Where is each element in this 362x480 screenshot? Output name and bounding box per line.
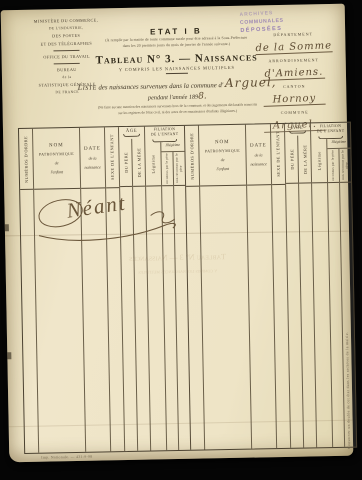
brace bbox=[123, 134, 140, 137]
col-header-age-pere: DU PÈRE bbox=[123, 152, 128, 173]
col-header-order: NUMÉROS D'ORDRE bbox=[189, 132, 195, 179]
column-cells bbox=[247, 185, 276, 448]
table-half-left: NUMÉROS D'ORDRE NOM PATRONYMIQUE de l'en… bbox=[19, 126, 191, 453]
liste-note-line: sur les registres de l'état civil, ni de… bbox=[118, 109, 237, 115]
scanned-document: MINISTÈRE DU COMMERCE, DE L'INDUSTRIE, D… bbox=[0, 0, 362, 480]
year-printed: pendant l'année 189 bbox=[148, 94, 198, 102]
column-subgroup-illegitime: Illégitime reconnus par le père non reco… bbox=[327, 139, 356, 447]
column-group-filiation: FILIATION DE L'ENFANT Légitime Illégitim… bbox=[144, 126, 190, 451]
col-header-non-reconnus: non reconnus par le père bbox=[341, 149, 350, 182]
col-header-filiation: FILIATION bbox=[154, 127, 176, 131]
col-header-date: DATE bbox=[250, 143, 267, 148]
col-header-legitime: Légitime bbox=[150, 154, 155, 173]
col-header-age: ÂGE bbox=[292, 125, 303, 130]
liste-word: Liste bbox=[78, 83, 97, 92]
edge-mark bbox=[7, 352, 11, 359]
col-header-sexe: SEXE DE L'ENFANT bbox=[275, 131, 281, 177]
births-table: NUMÉROS D'ORDRE NOM PATRONYMIQUE de l'en… bbox=[18, 122, 357, 454]
printer-imprint: Imp. Nationale. — 431-9-98 bbox=[41, 455, 92, 460]
col-header-nom: NOM bbox=[215, 139, 230, 144]
col-header-age-pere: DU PÈRE bbox=[289, 149, 294, 170]
edge-mark bbox=[5, 224, 9, 231]
title-block: ETAT I B (À remplir par la mairie de tou… bbox=[59, 25, 295, 118]
brace bbox=[289, 131, 306, 134]
col-header-age-mere: DE LA MÈRE bbox=[136, 147, 142, 177]
column-nom: NOM PATRONYMIQUE de l'enfant bbox=[199, 125, 252, 450]
column-nom: NOM PATRONYMIQUE de l'enfant bbox=[33, 128, 86, 453]
column-cells bbox=[200, 186, 251, 450]
liste-intro: des naissances survenues dans la commune… bbox=[97, 82, 224, 91]
col-header-nom: NOM bbox=[49, 143, 64, 148]
paper-sheet: MINISTÈRE DU COMMERCE, DE L'INDUSTRIE, D… bbox=[1, 4, 354, 463]
col-header-order: NUMÉROS D'ORDRE bbox=[23, 135, 29, 182]
handwritten-commune-name: Arguel, bbox=[225, 75, 277, 90]
col-header-reconnus: reconnus par le père bbox=[331, 150, 336, 181]
col-header-non-reconnus: non reconnus par le père bbox=[175, 152, 184, 185]
handwritten-neant: Néant bbox=[32, 185, 193, 248]
col-header-illegitime: Illégitime bbox=[327, 139, 350, 149]
col-header-filiation: FILIATION bbox=[320, 124, 342, 128]
divider bbox=[166, 73, 188, 74]
col-header-legitime: Légitime bbox=[316, 151, 321, 170]
col-header-age-mere: DE LA MÈRE bbox=[302, 144, 308, 174]
col-header-illegitime: Illégitime bbox=[161, 142, 184, 152]
table-half-right: NUMÉROS D'ORDRE NOM PATRONYMIQUE de l'en… bbox=[185, 123, 356, 450]
col-header-sexe: SEXE DE L'ENFANT bbox=[109, 134, 115, 180]
col-header-date: DATE bbox=[84, 146, 101, 151]
col-header-reconnus: reconnus par le père bbox=[165, 153, 170, 184]
etat-note-line: dans les 20 premiers jours du mois de ja… bbox=[123, 42, 230, 48]
col-header-age: ÂGE bbox=[126, 128, 137, 133]
handwritten-year: 8. bbox=[198, 92, 207, 102]
